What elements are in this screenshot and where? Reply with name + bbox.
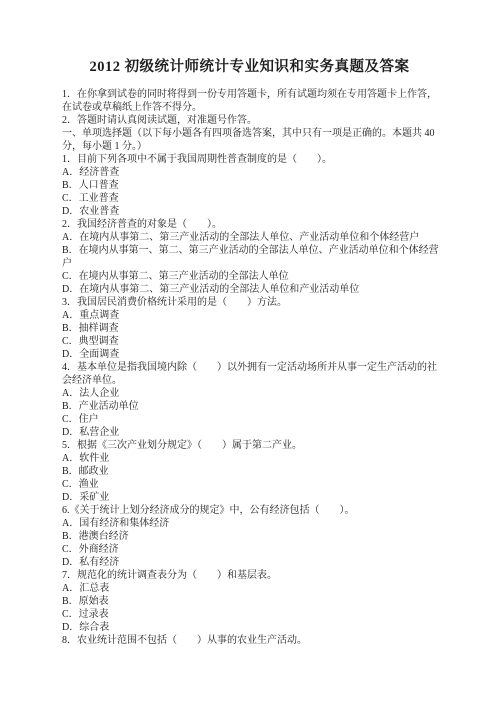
question-1-option-b: B．人口普查 xyxy=(62,179,442,192)
question-5-option-b: B．邮政业 xyxy=(62,465,442,478)
question-6-option-c: C．外商经济 xyxy=(62,543,442,556)
question-8-stem: 8．农业统计范围不包括（ ）从事的农业生产活动。 xyxy=(62,634,442,647)
question-4-option-b: B．产业活动单位 xyxy=(62,400,442,413)
question-1-option-c: C．工业普查 xyxy=(62,192,442,205)
question-4-option-d: D．私营企业 xyxy=(62,426,442,439)
question-5-option-a: A．软件业 xyxy=(62,452,442,465)
question-7-option-a: A．汇总表 xyxy=(62,582,442,595)
question-2-option-d: D．在境内从事第二、第三产业活动的全部法人单位和产业活动单位 xyxy=(62,283,442,296)
question-2-stem: 2．我国经济普查的对象是（ ）。 xyxy=(62,218,442,231)
section-heading: 一、单项选择题（以下每小题各有四项备选答案，其中只有一项是正确的。本题共 40 … xyxy=(62,127,442,153)
document-body: 1．在你拿到试卷的同时将得到一份专用答题卡，所有试题均须在专用答题卡上作答，在试… xyxy=(0,77,499,647)
question-5-option-d: D．采矿业 xyxy=(62,491,442,504)
question-2-option-a: A．在境内从事第二、第三产业活动的全部法人单位、产业活动单位和个体经营户 xyxy=(62,231,442,244)
preamble-line-2: 2．答题时请认真阅读试题，对准题号作答。 xyxy=(62,114,442,127)
question-3-option-a: A．重点调查 xyxy=(62,309,442,322)
preamble-line-1: 1．在你拿到试卷的同时将得到一份专用答题卡，所有试题均须在专用答题卡上作答，在试… xyxy=(62,88,442,114)
question-3-option-b: B．抽样调查 xyxy=(62,322,442,335)
question-6-option-d: D．私有经济 xyxy=(62,556,442,569)
question-4-stem: 4．基本单位是指我国境内除（ ）以外拥有一定活动场所并从事一定生产活动的社会经济… xyxy=(62,361,442,387)
question-7-option-c: C．过录表 xyxy=(62,608,442,621)
question-1-option-d: D．农业普查 xyxy=(62,205,442,218)
question-5-option-c: C．渔业 xyxy=(62,478,442,491)
question-1-option-a: A．经济普查 xyxy=(62,166,442,179)
question-3-stem: 3．我国居民消费价格统计采用的是（ ）方法。 xyxy=(62,296,442,309)
question-1-stem: 1．目前下列各项中不属于我国周期性普查制度的是（ ）。 xyxy=(62,153,442,166)
question-2-option-c: C．在境内从事第二、第三产业活动的全部法人单位 xyxy=(62,270,442,283)
question-6-option-b: B．港澳台经济 xyxy=(62,530,442,543)
question-4-option-c: C．住户 xyxy=(62,413,442,426)
question-6-option-a: A．国有经济和集体经济 xyxy=(62,517,442,530)
question-5-stem: 5．根据《三次产业划分规定》（ ）属于第二产业。 xyxy=(62,439,442,452)
question-2-option-b: B．在境内从事第一、第二、第三产业活动的全部法人单位、产业活动单位和个体经营户 xyxy=(62,244,442,270)
question-7-option-b: B．原始表 xyxy=(62,595,442,608)
question-3-option-c: C．典型调查 xyxy=(62,335,442,348)
document-title: 2012 初级统计师统计专业知识和实务真题及答案 xyxy=(0,0,499,77)
question-6-stem: 6.《关于统计上划分经济成分的规定》中，公有经济包括（ ）。 xyxy=(62,504,442,517)
question-3-option-d: D．全面调查 xyxy=(62,348,442,361)
document-page: 2012 初级统计师统计专业知识和实务真题及答案 1．在你拿到试卷的同时将得到一… xyxy=(0,0,499,706)
question-7-option-d: D．综合表 xyxy=(62,621,442,634)
question-4-option-a: A．法人企业 xyxy=(62,387,442,400)
question-7-stem: 7．规范化的统计调查表分为（ ）和基层表。 xyxy=(62,569,442,582)
